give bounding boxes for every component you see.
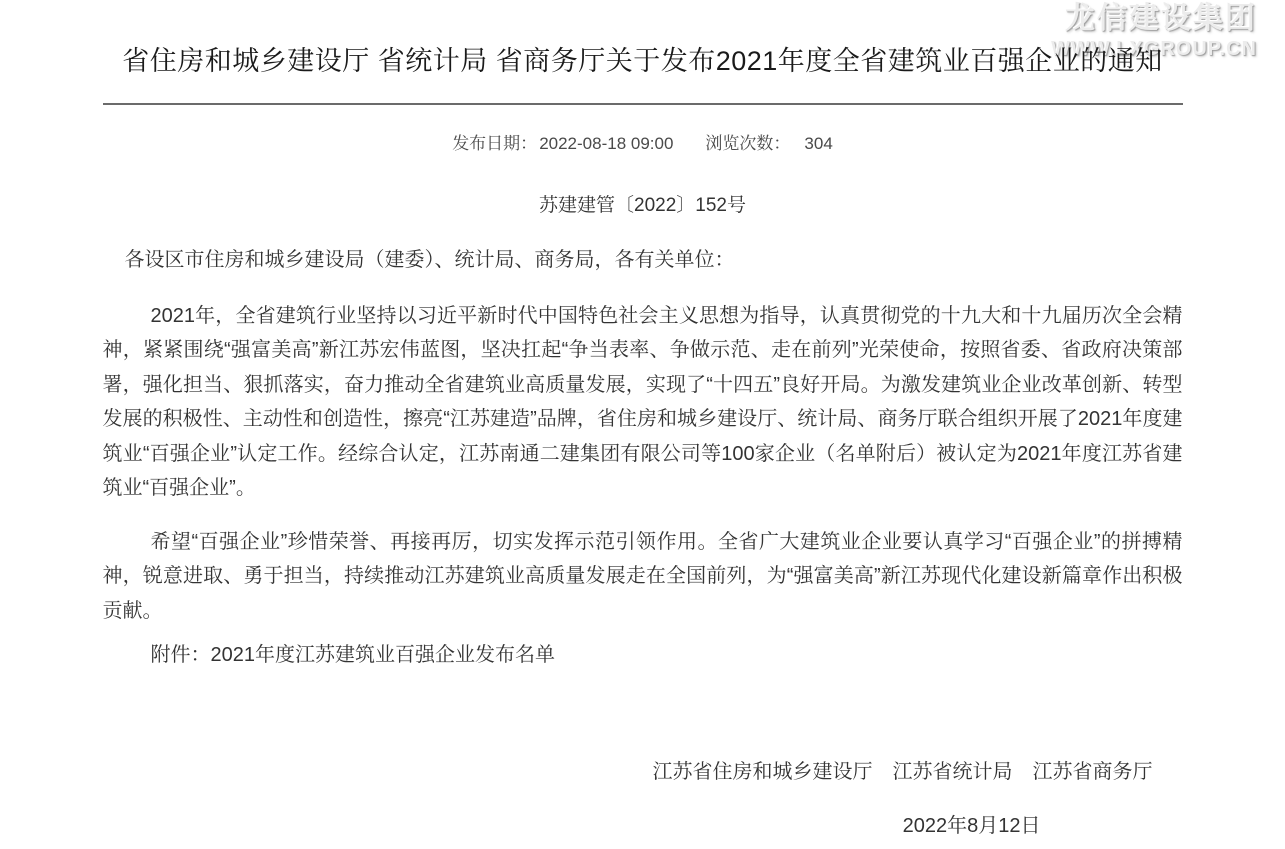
body-paragraph: 2021年，全省建筑行业坚持以习近平新时代中国特色社会主义思想为指导，认真贯彻党… xyxy=(103,299,1183,506)
publish-date-value: 2022-08-18 09:00 xyxy=(539,134,673,153)
signature-date: 2022年8月12日 xyxy=(103,812,1183,840)
article-title: 省住房和城乡建设厅 省统计局 省商务厅关于发布2021年度全省建筑业百强企业的通… xyxy=(103,0,1183,83)
document-number: 苏建建管〔2022〕152号 xyxy=(103,193,1183,219)
article-content: 省住房和城乡建设厅 省统计局 省商务厅关于发布2021年度全省建筑业百强企业的通… xyxy=(103,0,1183,840)
signature-line: 江苏省住房和城乡建设厅 江苏省统计局 江苏省商务厅 xyxy=(103,758,1183,786)
salutation: 各设区市住房和城乡建设局（建委）、统计局、商务局，各有关单位： xyxy=(103,246,1183,274)
views-value: 304 xyxy=(804,134,832,153)
notice-page: 龙信建设集团 WWW.LXGROUP.CN 省住房和城乡建设厅 省统计局 省商务… xyxy=(0,0,1285,849)
title-divider xyxy=(103,103,1183,105)
body-paragraph: 希望“百强企业”珍惜荣誉、再接再厉，切实发挥示范引领作用。全省广大建筑业企业要认… xyxy=(103,525,1183,629)
article-meta: 发布日期：2022-08-18 09:00浏览次数：304 xyxy=(103,132,1183,156)
publish-date-label: 发布日期： xyxy=(452,134,537,153)
views-label: 浏览次数： xyxy=(705,134,790,153)
attachment-line: 附件：2021年度江苏建筑业百强企业发布名单 xyxy=(103,638,1183,673)
